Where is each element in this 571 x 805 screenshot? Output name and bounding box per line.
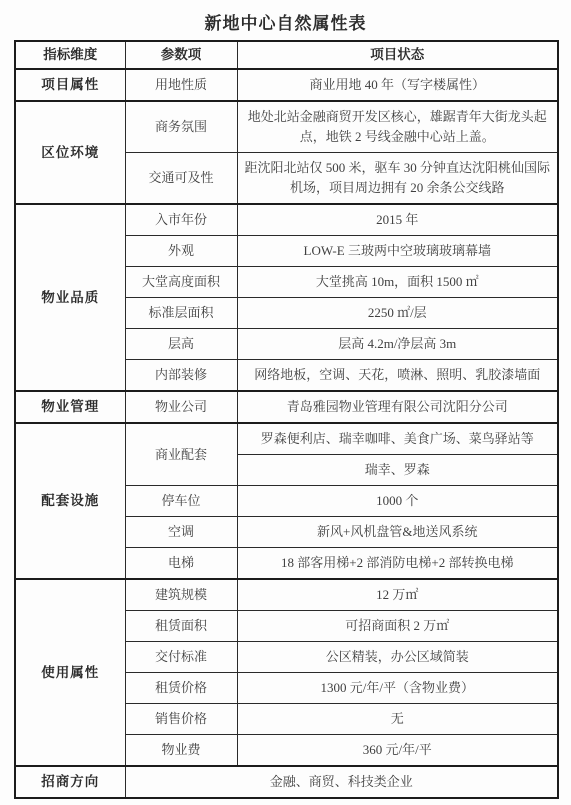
dimension-cell: 物业管理 bbox=[15, 391, 125, 423]
value-cell: 距沈阳北站仅 500 米，驱车 30 分钟直达沈阳桃仙国际机场，项目周边拥有 2… bbox=[237, 153, 558, 205]
document-page: 新地中心自然属性表 指标维度 参数项 项目状态 项目属性用地性质商业用地 40 … bbox=[0, 0, 571, 805]
value-cell: 1000 个 bbox=[237, 486, 558, 517]
header-cell-status: 项目状态 bbox=[237, 41, 558, 69]
param-cell: 交付标准 bbox=[125, 642, 237, 673]
param-cell: 租赁价格 bbox=[125, 673, 237, 704]
dimension-cell: 项目属性 bbox=[15, 69, 125, 101]
table-row: 配套设施商业配套罗森便利店、瑞幸咖啡、美食广场、菜鸟驿站等 bbox=[15, 423, 558, 455]
param-cell: 交通可及性 bbox=[125, 153, 237, 205]
value-cell: 2015 年 bbox=[237, 204, 558, 236]
dimension-cell: 招商方向 bbox=[15, 766, 125, 798]
param-cell: 层高 bbox=[125, 329, 237, 360]
param-cell: 物业费 bbox=[125, 735, 237, 767]
dimension-cell: 配套设施 bbox=[15, 423, 125, 579]
table-row: 物业管理物业公司青岛雅园物业管理有限公司沈阳分公司 bbox=[15, 391, 558, 423]
value-cell: 无 bbox=[237, 704, 558, 735]
param-cell: 商务氛围 bbox=[125, 101, 237, 153]
header-cell-param: 参数项 bbox=[125, 41, 237, 69]
attributes-table: 指标维度 参数项 项目状态 项目属性用地性质商业用地 40 年（写字楼属性）区位… bbox=[14, 40, 559, 799]
value-cell: 可招商面积 2 万㎡ bbox=[237, 611, 558, 642]
param-cell: 停车位 bbox=[125, 486, 237, 517]
value-cell: 12 万㎡ bbox=[237, 579, 558, 611]
dimension-cell: 区位环境 bbox=[15, 101, 125, 204]
param-cell: 销售价格 bbox=[125, 704, 237, 735]
param-cell: 空调 bbox=[125, 517, 237, 548]
value-cell: 1300 元/年/平（含物业费） bbox=[237, 673, 558, 704]
value-cell: LOW-E 三玻两中空玻璃玻璃幕墙 bbox=[237, 236, 558, 267]
header-row: 指标维度 参数项 项目状态 bbox=[15, 41, 558, 69]
param-cell: 电梯 bbox=[125, 548, 237, 580]
table-row: 项目属性用地性质商业用地 40 年（写字楼属性） bbox=[15, 69, 558, 101]
header-cell-dimension: 指标维度 bbox=[15, 41, 125, 69]
value-cell: 2250 ㎡/层 bbox=[237, 298, 558, 329]
param-cell: 标准层面积 bbox=[125, 298, 237, 329]
value-cell: 360 元/年/平 bbox=[237, 735, 558, 767]
value-cell: 18 部客用梯+2 部消防电梯+2 部转换电梯 bbox=[237, 548, 558, 580]
value-cell: 地处北站金融商贸开发区核心，雄踞青年大街龙头起点，地铁 2 号线金融中心站上盖。 bbox=[237, 101, 558, 153]
value-cell: 罗森便利店、瑞幸咖啡、美食广场、菜鸟驿站等 bbox=[237, 423, 558, 455]
param-cell: 建筑规模 bbox=[125, 579, 237, 611]
table-row: 使用属性建筑规模12 万㎡ bbox=[15, 579, 558, 611]
value-cell: 青岛雅园物业管理有限公司沈阳分公司 bbox=[237, 391, 558, 423]
value-cell: 层高 4.2m/净层高 3m bbox=[237, 329, 558, 360]
page-title: 新地中心自然属性表 bbox=[0, 0, 571, 39]
param-cell: 商业配套 bbox=[125, 423, 237, 486]
value-cell: 公区精装，办公区域简装 bbox=[237, 642, 558, 673]
value-cell: 大堂挑高 10m，面积 1500 ㎡ bbox=[237, 267, 558, 298]
table-row: 物业品质入市年份2015 年 bbox=[15, 204, 558, 236]
table-row: 区位环境商务氛围地处北站金融商贸开发区核心，雄踞青年大街龙头起点，地铁 2 号线… bbox=[15, 101, 558, 153]
param-cell: 入市年份 bbox=[125, 204, 237, 236]
param-cell: 外观 bbox=[125, 236, 237, 267]
dimension-cell: 物业品质 bbox=[15, 204, 125, 391]
value-cell: 网络地板，空调、天花，喷淋、照明、乳胶漆墙面 bbox=[237, 360, 558, 392]
table-row: 招商方向金融、商贸、科技类企业 bbox=[15, 766, 558, 798]
param-cell: 物业公司 bbox=[125, 391, 237, 423]
table-body: 项目属性用地性质商业用地 40 年（写字楼属性）区位环境商务氛围地处北站金融商贸… bbox=[15, 69, 558, 798]
value-cell: 金融、商贸、科技类企业 bbox=[125, 766, 558, 798]
value-cell: 瑞幸、罗森 bbox=[237, 455, 558, 486]
dimension-cell: 使用属性 bbox=[15, 579, 125, 766]
param-cell: 租赁面积 bbox=[125, 611, 237, 642]
param-cell: 用地性质 bbox=[125, 69, 237, 101]
param-cell: 大堂高度面积 bbox=[125, 267, 237, 298]
value-cell: 新风+风机盘管&地送风系统 bbox=[237, 517, 558, 548]
value-cell: 商业用地 40 年（写字楼属性） bbox=[237, 69, 558, 101]
param-cell: 内部装修 bbox=[125, 360, 237, 392]
